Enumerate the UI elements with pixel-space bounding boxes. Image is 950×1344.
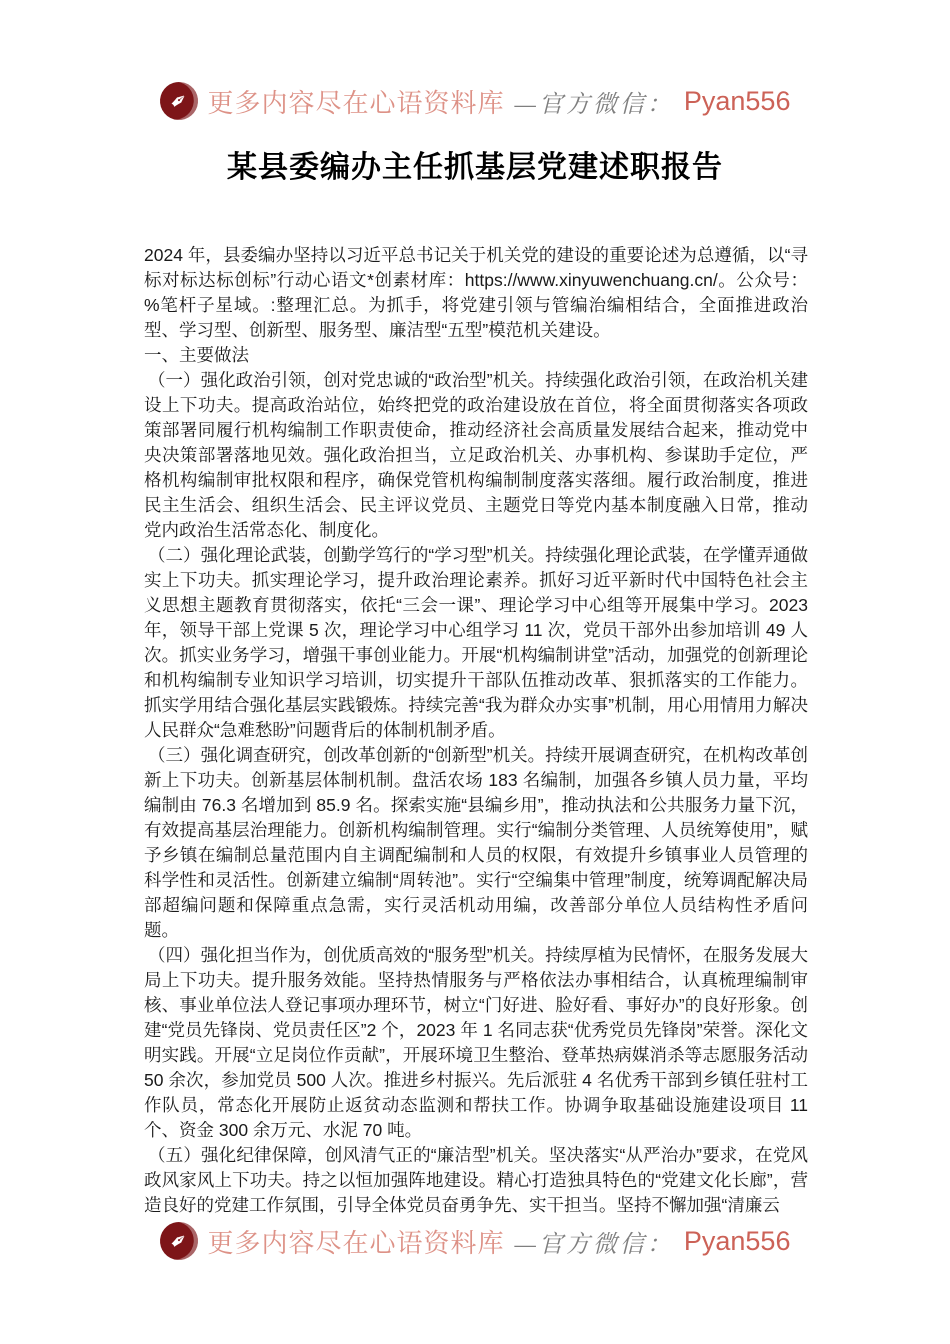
watermark-wechat-label: —官方微信： <box>515 84 674 119</box>
section-heading: 一、主要做法 <box>144 343 808 368</box>
paragraph-item-1: （一）强化政治引领，创对党忠诚的“政治型”机关。持续强化政治引领，在政治机关建设… <box>144 368 808 543</box>
paragraph-item-4: （四）强化担当作为，创优质高效的“服务型”机关。持续厚植为民情怀，在服务发展大局… <box>144 943 808 1143</box>
document-body: 2024 年，县委编办坚持以习近平总书记关于机关党的建设的重要论述为总遵循，以“… <box>144 243 808 1218</box>
watermark-wechat-account: Pyan556 <box>684 86 791 117</box>
watermark-brand-text: 更多内容尽在心语资料库 <box>208 83 505 120</box>
page-title: 某县委编办主任抓基层党建述职报告 <box>0 142 950 186</box>
pen-logo-icon: ✒ <box>152 1214 206 1268</box>
footer-watermark: ✒ 更多内容尽在心语资料库 —官方微信： Pyan556 <box>0 1222 950 1260</box>
document-page: ✒ 更多内容尽在心语资料库 —官方微信： Pyan556 某县委编办主任抓基层党… <box>0 0 950 1344</box>
watermark-brand-text: 更多内容尽在心语资料库 <box>208 1223 505 1260</box>
watermark-wechat-account: Pyan556 <box>684 1226 791 1257</box>
header-watermark: ✒ 更多内容尽在心语资料库 —官方微信： Pyan556 <box>0 82 950 120</box>
paragraph-item-5: （五）强化纪律保障，创风清气正的“廉洁型”机关。坚决落实“从严治办”要求，在党风… <box>144 1143 808 1218</box>
paragraph-item-3: （三）强化调查研究，创改革创新的“创新型”机关。持续开展调查研究，在机构改革创新… <box>144 743 808 943</box>
intro-paragraph: 2024 年，县委编办坚持以习近平总书记关于机关党的建设的重要论述为总遵循，以“… <box>144 243 808 343</box>
watermark-wechat-label: —官方微信： <box>515 1224 674 1259</box>
paragraph-item-2: （二）强化理论武装，创勤学笃行的“学习型”机关。持续强化理论武装，在学懂弄通做实… <box>144 543 808 743</box>
pen-logo-icon: ✒ <box>152 74 206 128</box>
